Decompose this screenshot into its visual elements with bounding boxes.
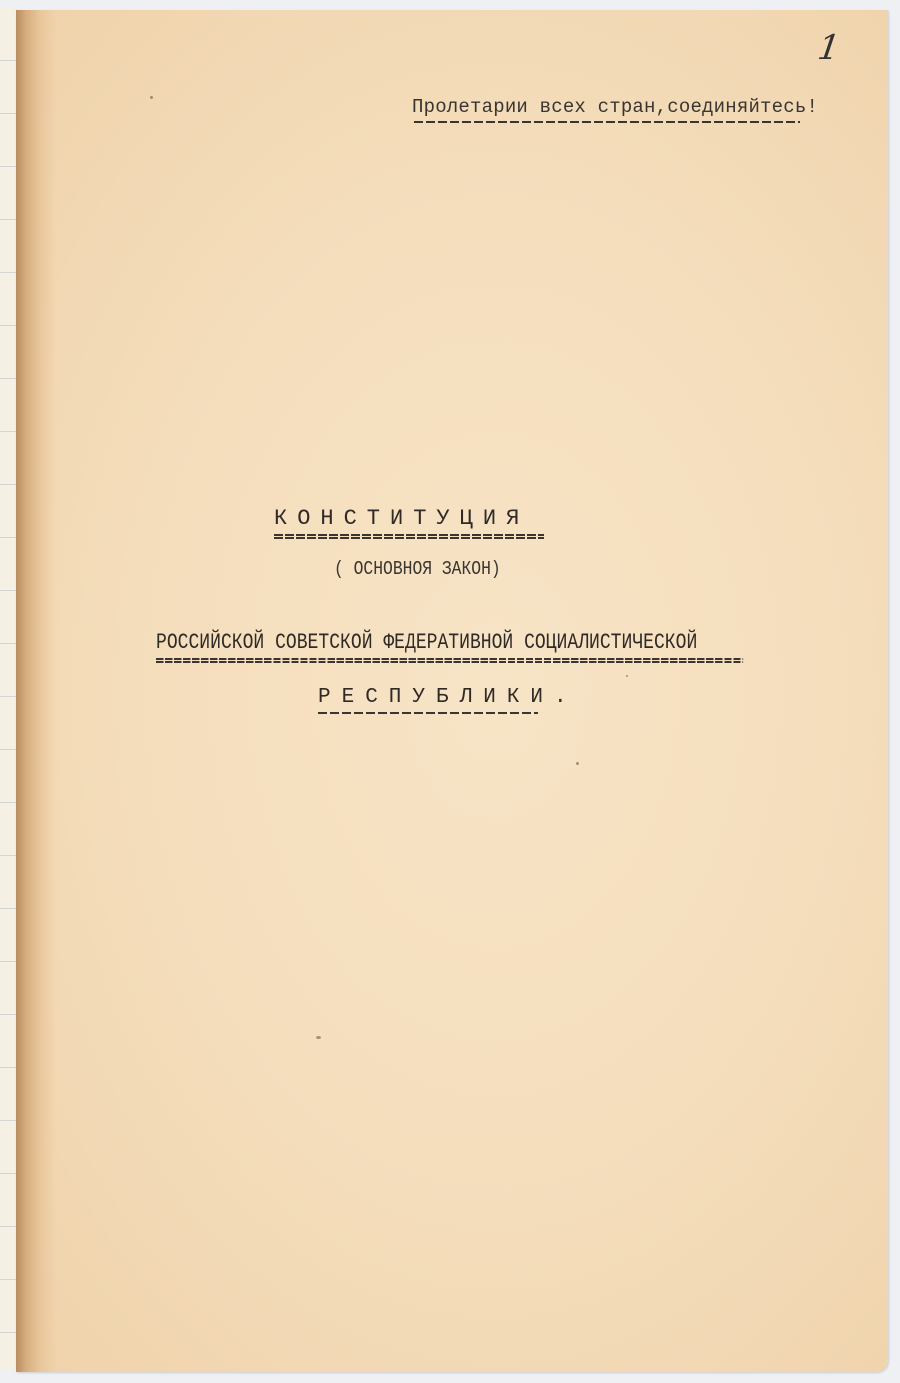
document-title: КОНСТИТУЦИЯ — [274, 506, 544, 539]
slogan-underline — [414, 121, 800, 123]
republic-name-text: РОССИЙСКОЙ СОВЕТСКОЙ ФЕДЕРАТИВНОЙ СОЦИАЛ… — [156, 630, 697, 655]
republic-name-double-underline — [156, 658, 743, 663]
document-page: 1 Пролетарии всех стран,соединяйтесь! КО… — [16, 10, 888, 1372]
republic-word-text: РЕСПУБЛИКИ. — [318, 686, 578, 709]
paper-speck — [576, 762, 579, 765]
title-double-underline — [274, 534, 544, 539]
paper-speck — [316, 1036, 321, 1039]
document-subtitle: ( ОСНОВНОЯ ЗАКОН) — [334, 558, 501, 580]
slogan: Пролетарии всех стран,соединяйтесь! — [412, 96, 818, 123]
republic-name-line: РОССИЙСКОЙ СОВЕТСКОЙ ФЕДЕРАТИВНОЙ СОЦИАЛ… — [156, 630, 743, 663]
paper-speck — [626, 675, 628, 677]
paper-speck — [150, 96, 153, 99]
republic-word-line: РЕСПУБЛИКИ. — [318, 686, 578, 714]
republic-word-underline — [318, 712, 538, 714]
handwritten-page-number: 1 — [816, 28, 843, 68]
title-text: КОНСТИТУЦИЯ — [274, 506, 529, 531]
binding-gutter-shadow — [16, 10, 56, 1372]
slogan-text: Пролетарии всех стран,соединяйтесь! — [412, 96, 818, 118]
